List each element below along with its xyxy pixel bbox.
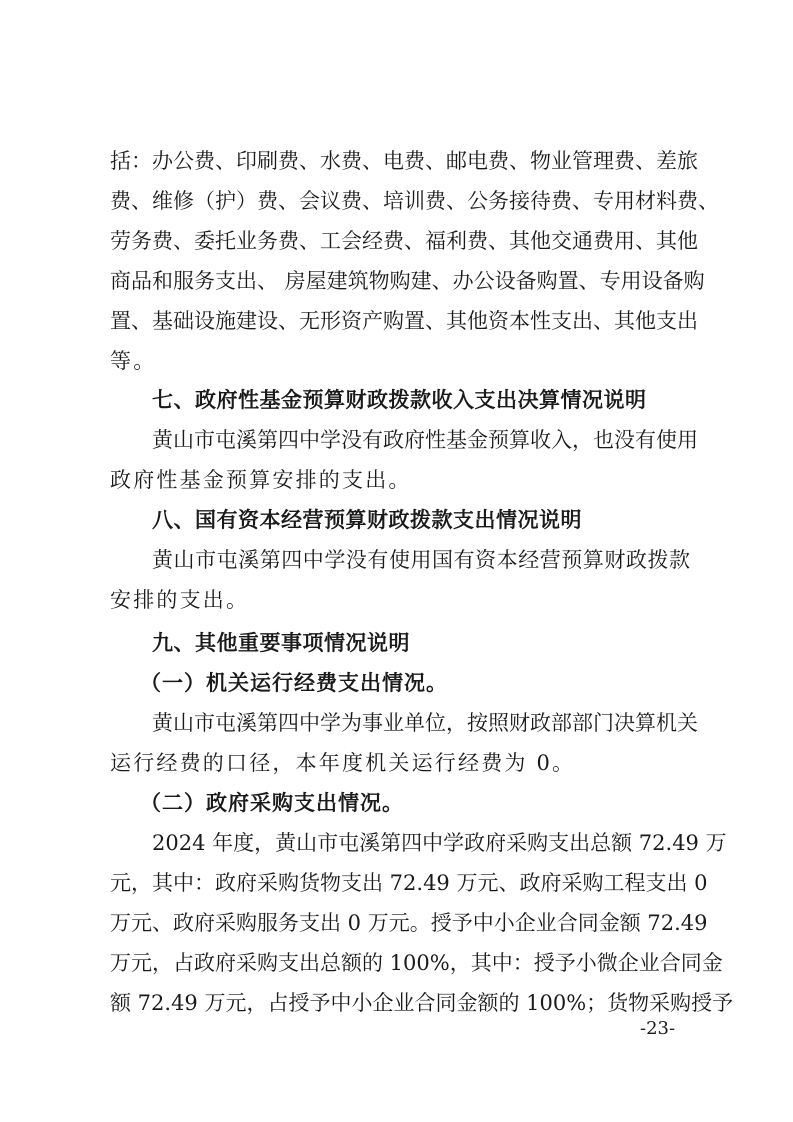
page-number: -23- <box>640 1018 675 1039</box>
body-text-line: 黄山市屯溪第四中学为事业单位，按照财政部部门决算机关 <box>152 708 690 738</box>
body-text-line: 万元，占政府采购支出总额的 100%，其中：授予小微企业合同金 <box>110 948 690 978</box>
body-text-line: 置、基础设施建设、无形资产购置、其他资本性支出、其他支出 <box>110 306 690 336</box>
section-heading-9: 九、其他重要事项情况说明 <box>152 628 690 658</box>
section-heading-8: 八、国有资本经营预算财政拨款支出情况说明 <box>152 505 690 535</box>
body-text-line: 黄山市屯溪第四中学没有政府性基金预算收入，也没有使用 <box>152 425 690 455</box>
body-text-line: 2024 年度，黄山市屯溪第四中学政府采购支出总额 72.49 万 <box>152 828 690 858</box>
subsection-heading-2: （二）政府采购支出情况。 <box>140 788 720 818</box>
body-text-line: 万元、政府采购服务支出 0 万元。授予中小企业合同金额 72.49 <box>110 908 690 938</box>
body-text-line: 费、维修（护）费、会议费、培训费、公务接待费、专用材料费、 <box>110 186 690 216</box>
body-text-line: 黄山市屯溪第四中学没有使用国有资本经营预算财政拨款 <box>152 545 690 575</box>
body-text-line: 括：办公费、印刷费、水费、电费、邮电费、物业管理费、差旅 <box>110 146 690 176</box>
section-heading-7: 七、政府性基金预算财政拨款收入支出决算情况说明 <box>152 385 690 415</box>
body-text-line: 运行经费的口径，本年度机关运行经费为 0。 <box>110 748 690 778</box>
body-text-line: 等。 <box>110 346 690 376</box>
body-text-line: 安排的支出。 <box>110 585 690 615</box>
body-text-line: 额 72.49 万元，占授予中小企业合同金额的 100%；货物采购授予 <box>110 988 690 1018</box>
document-page: 括：办公费、印刷费、水费、电费、邮电费、物业管理费、差旅 费、维修（护）费、会议… <box>0 0 793 1122</box>
body-text-line: 劳务费、委托业务费、工会经费、福利费、其他交通费用、其他 <box>110 226 690 256</box>
body-text-line: 政府性基金预算安排的支出。 <box>110 465 690 495</box>
body-text-line: 元，其中：政府采购货物支出 72.49 万元、政府采购工程支出 0 <box>110 868 690 898</box>
body-text-line: 商品和服务支出、 房屋建筑物购建、办公设备购置、专用设备购 <box>110 266 690 296</box>
subsection-heading-1: （一）机关运行经费支出情况。 <box>140 668 720 698</box>
